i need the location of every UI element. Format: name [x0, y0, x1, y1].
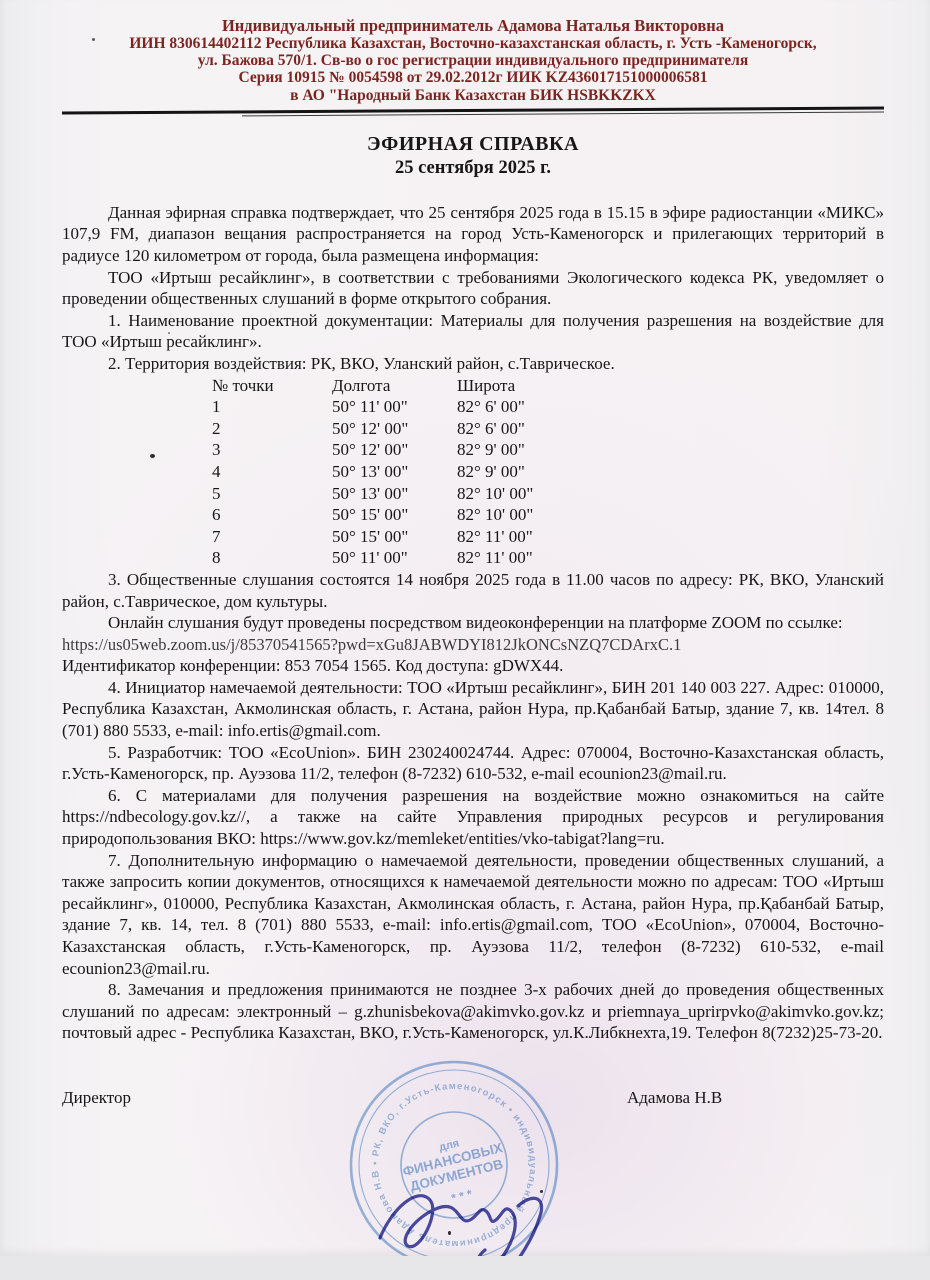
cell-latitude: 82° 6' 00": [457, 396, 617, 418]
document-content: Индивидуальный предприниматель Адамова Н…: [62, 16, 884, 1108]
cell-longitude: 50° 12' 00": [332, 439, 457, 461]
director-label: Директор: [62, 1088, 232, 1108]
table-row: 1 50° 11' 00" 82° 6' 00": [212, 396, 884, 418]
cell-longitude: 50° 15' 00": [332, 526, 457, 548]
cell-latitude: 82° 11' 00": [457, 526, 617, 548]
paragraph: 6. С материалами для получения разрешени…: [62, 785, 884, 850]
document-title: ЭФИРНАЯ СПРАВКА 25 сентября 2025 г.: [62, 132, 884, 180]
document-body: Данная эфирная справка подтверждает, что…: [62, 202, 884, 1044]
letterhead-line: ул. Бажова 570/1. Св-во о гос регистраци…: [62, 52, 884, 69]
cell-point: 4: [212, 461, 332, 483]
table-row: 7 50° 15' 00" 82° 11' 00": [212, 526, 884, 548]
letterhead-divider: [62, 106, 884, 117]
zoom-link-text: https://us05web.zoom.us/j/85370541565?pw…: [62, 634, 884, 656]
paragraph: 5. Разработчик: ТОО «EcoUnion». БИН 2302…: [62, 742, 884, 785]
cell-longitude: 50° 11' 00": [332, 396, 457, 418]
paragraph: 3. Общественные слушания состоятся 14 но…: [62, 569, 884, 612]
title-date: 25 сентября 2025 г.: [62, 156, 884, 180]
paragraph: 2. Территория воздействия: РК, ВКО, Улан…: [62, 353, 884, 375]
cell-longitude: 50° 13' 00": [332, 461, 457, 483]
cell-longitude: 50° 13' 00": [332, 483, 457, 505]
cell-point: 7: [212, 526, 332, 548]
conference-id-text: Идентификатор конференции: 853 7054 1565…: [62, 655, 884, 677]
scan-speck: [150, 454, 155, 458]
cell-latitude: 82° 6' 00": [457, 418, 617, 440]
signatory-name: Адамова Н.В: [627, 1088, 722, 1108]
document-page: Индивидуальный предприниматель Адамова Н…: [0, 0, 930, 1256]
paragraph: 7. Дополнительную информацию о намечаемо…: [62, 850, 884, 980]
paragraph: Онлайн слушания будут проведены посредст…: [62, 612, 884, 634]
paragraph: 1. Наименование проектной документации: …: [62, 310, 884, 353]
table-header-row: № точки Долгота Широта: [212, 375, 884, 397]
letterhead-line: в АО "Народный Банк Казахстан БИК HSBKKZ…: [62, 87, 884, 104]
col-header-point: № точки: [212, 375, 332, 397]
cell-point: 8: [212, 547, 332, 569]
cell-longitude: 50° 11' 00": [332, 547, 457, 569]
paragraph: 8. Замечания и предложения принимаются н…: [62, 979, 884, 1044]
scan-speck: [92, 38, 95, 41]
letterhead: Индивидуальный предприниматель Адамова Н…: [62, 16, 884, 104]
scanner-background: [0, 1256, 930, 1280]
table-row: 5 50° 13' 00" 82° 10' 00": [212, 483, 884, 505]
paragraph: Данная эфирная справка подтверждает, что…: [62, 202, 884, 267]
cell-latitude: 82° 11' 00": [457, 547, 617, 569]
cell-longitude: 50° 12' 00": [332, 418, 457, 440]
cell-latitude: 82° 10' 00": [457, 504, 617, 526]
paragraph: 4. Инициатор намечаемой деятельности: ТО…: [62, 677, 884, 742]
table-row: 8 50° 11' 00" 82° 11' 00": [212, 547, 884, 569]
table-row: 3 50° 12' 00" 82° 9' 00": [212, 439, 884, 461]
title-heading: ЭФИРНАЯ СПРАВКА: [62, 132, 884, 156]
scan-speck: [540, 1190, 543, 1193]
cell-point: 2: [212, 418, 332, 440]
cell-point: 3: [212, 439, 332, 461]
scanned-document: Индивидуальный предприниматель Адамова Н…: [0, 0, 930, 1280]
cell-latitude: 82° 9' 00": [457, 439, 617, 461]
letterhead-line: Индивидуальный предприниматель Адамова Н…: [62, 16, 884, 35]
cell-latitude: 82° 9' 00": [457, 461, 617, 483]
cell-point: 1: [212, 396, 332, 418]
scan-speck: [168, 332, 170, 334]
cell-point: 6: [212, 504, 332, 526]
cell-longitude: 50° 15' 00": [332, 504, 457, 526]
letterhead-line: Серия 10915 № 0054598 от 29.02.2012г ИИК…: [62, 69, 884, 86]
coordinates-table: № точки Долгота Широта 1 50° 11' 00" 82°…: [212, 375, 884, 569]
handwritten-signature: [372, 1160, 582, 1256]
letterhead-line: ИИН 830614402112 Республика Казахстан, В…: [62, 35, 884, 52]
table-row: 2 50° 12' 00" 82° 6' 00": [212, 418, 884, 440]
table-row: 6 50° 15' 00" 82° 10' 00": [212, 504, 884, 526]
table-row: 4 50° 13' 00" 82° 9' 00": [212, 461, 884, 483]
col-header-longitude: Долгота: [332, 375, 457, 397]
cell-latitude: 82° 10' 00": [457, 483, 617, 505]
paragraph: ТОО «Иртыш ресайклинг», в соответствии с…: [62, 267, 884, 310]
col-header-latitude: Широта: [457, 375, 617, 397]
cell-point: 5: [212, 483, 332, 505]
scan-speck: [448, 1231, 451, 1235]
